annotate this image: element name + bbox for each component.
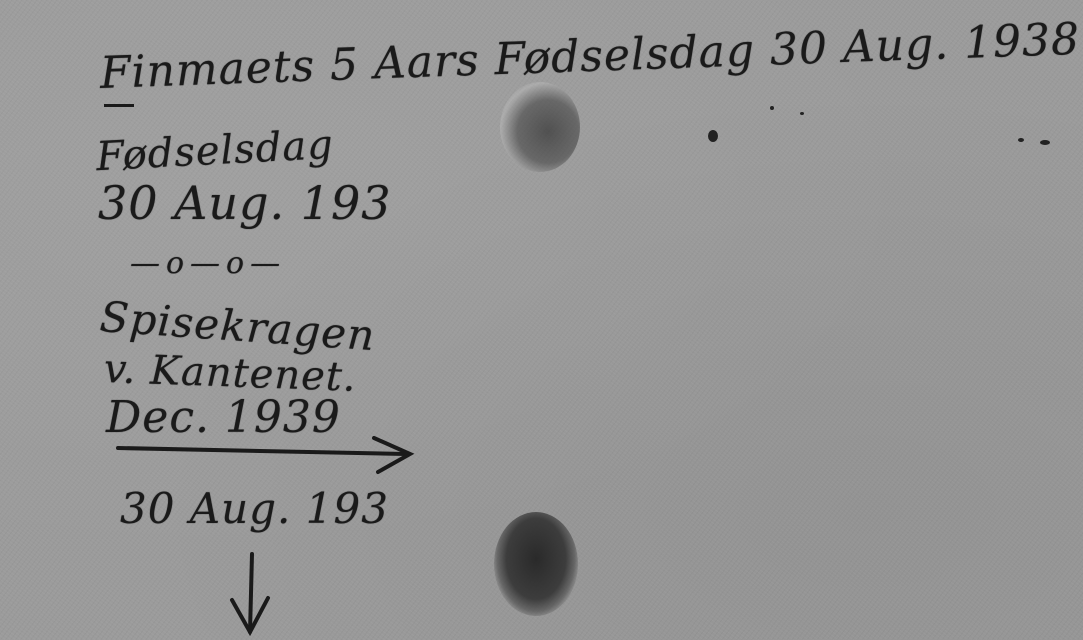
ink-speck xyxy=(770,106,774,110)
down-arrow-icon xyxy=(228,552,272,638)
ink-speck xyxy=(1018,138,1024,142)
ink-blot-stain xyxy=(500,82,580,172)
separator-ornament: —o—o— xyxy=(130,246,286,281)
ink-speck xyxy=(1040,140,1050,145)
text-line: 30 Aug. 193 xyxy=(120,484,389,533)
text-line: 30 Aug. 193 xyxy=(98,176,392,230)
ink-blot-stain xyxy=(494,512,578,616)
title-underline-mark xyxy=(104,104,134,107)
ink-speck xyxy=(800,112,804,115)
ink-speck xyxy=(708,130,718,142)
right-arrow-icon xyxy=(116,436,416,476)
